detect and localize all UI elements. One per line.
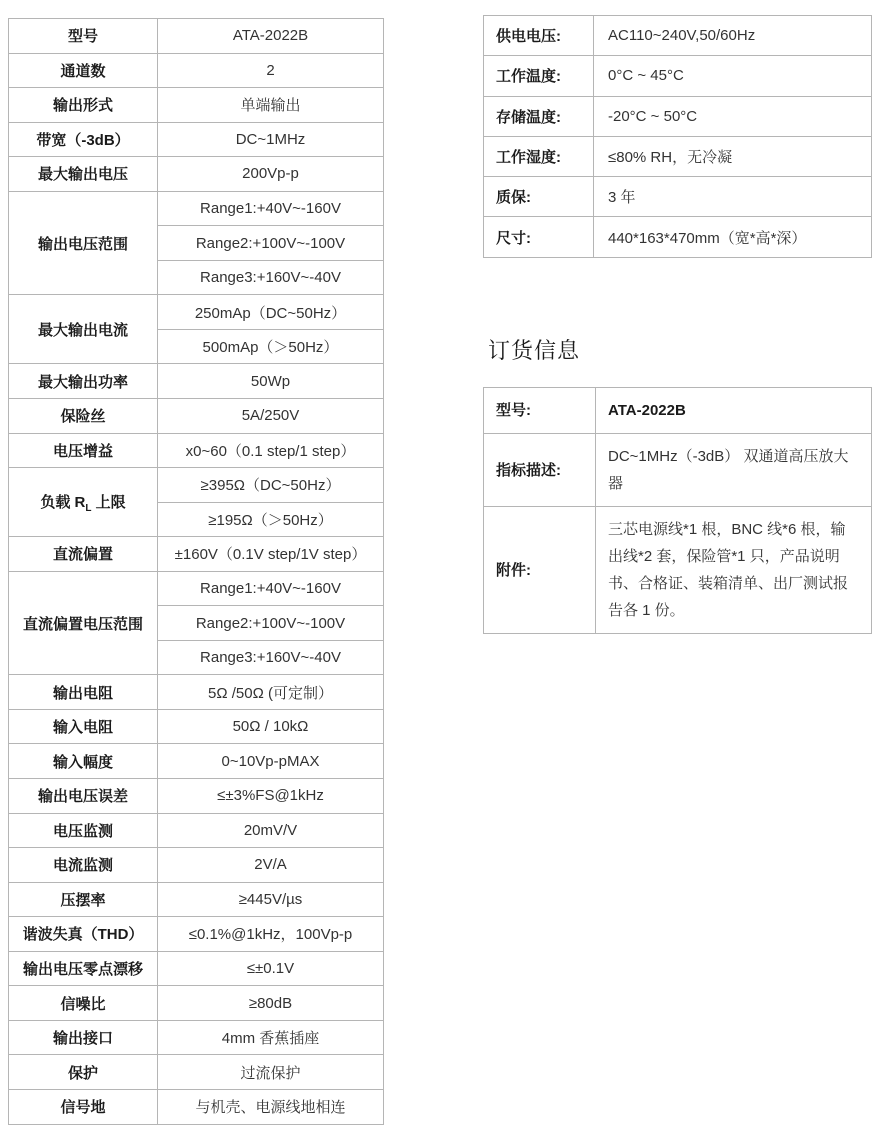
spec-value-cell: ≤±0.1V [158, 951, 384, 986]
environment-value-cell: ≤80% RH，无冷凝 [594, 136, 872, 176]
environment-label-cell: 尺寸: [484, 217, 594, 257]
order-info-table-body: 型号:ATA-2022B指标描述:DC~1MHz（-3dB） 双通道高压放大器附… [484, 388, 872, 634]
order-info-heading: 订货信息 [488, 334, 580, 365]
spec-row: 输出电阻5Ω /50Ω (可定制） [9, 675, 384, 710]
order-info-table: 型号:ATA-2022B指标描述:DC~1MHz（-3dB） 双通道高压放大器附… [483, 387, 872, 634]
spec-label-cell: 电流监测 [9, 848, 158, 883]
order-label-cell: 附件: [484, 507, 596, 634]
spec-value-cell: ±160V（0.1V step/1V step） [158, 537, 384, 572]
spec-row: 谐波失真（THD）≤0.1%@1kHz，100Vp-p [9, 917, 384, 952]
order-value-cell: DC~1MHz（-3dB） 双通道高压放大器 [596, 434, 872, 507]
spec-value-cell: DC~1MHz [158, 122, 384, 157]
spec-label-cell: 电压增益 [9, 433, 158, 468]
spec-value-cell: Range1:+40V~-160V [158, 571, 384, 606]
spec-value-cell: 50Ω / 10kΩ [158, 709, 384, 744]
spec-value-cell: 4mm 香蕉插座 [158, 1020, 384, 1055]
spec-label-cell: 带宽（-3dB） [9, 122, 158, 157]
environment-label-cell: 供电电压: [484, 16, 594, 56]
spec-label-cell: 输出电阻 [9, 675, 158, 710]
spec-row: 输出电压零点漂移≤±0.1V [9, 951, 384, 986]
spec-label-cell: 输出接口 [9, 1020, 158, 1055]
spec-label-cell: 最大输出电压 [9, 157, 158, 192]
spec-value-cell: 250mAp（DC~50Hz） [158, 295, 384, 330]
environment-label-cell: 存储温度: [484, 96, 594, 136]
spec-value-cell: 50Wp [158, 364, 384, 399]
subscript: L [85, 503, 91, 514]
environment-value-cell: AC110~240V,50/60Hz [594, 16, 872, 56]
environment-row: 质保:3 年 [484, 177, 872, 217]
environment-row: 工作湿度:≤80% RH，无冷凝 [484, 136, 872, 176]
spec-value-cell: 过流保护 [158, 1055, 384, 1090]
environment-value-cell: 0°C ~ 45°C [594, 56, 872, 96]
spec-label-cell: 压摆率 [9, 882, 158, 917]
spec-label-cell: 输入电阻 [9, 709, 158, 744]
spec-row: 压摆率≥445V/µs [9, 882, 384, 917]
spec-value-cell: ≤0.1%@1kHz，100Vp-p [158, 917, 384, 952]
environment-label-cell: 工作湿度: [484, 136, 594, 176]
spec-label-cell: 通道数 [9, 53, 158, 88]
spec-value-cell: 5Ω /50Ω (可定制） [158, 675, 384, 710]
spec-label-cell: 负载 RL 上限 [9, 468, 158, 537]
spec-label-cell: 输出电压零点漂移 [9, 951, 158, 986]
environment-row: 存储温度:-20°C ~ 50°C [484, 96, 872, 136]
datasheet-page: { "page": { "background": "#ffffff", "bo… [0, 0, 890, 1135]
spec-value-cell: Range2:+100V~-100V [158, 606, 384, 641]
spec-label-cell: 最大输出电流 [9, 295, 158, 364]
environment-value-cell: 3 年 [594, 177, 872, 217]
spec-value-cell: 2 [158, 53, 384, 88]
environment-row: 供电电压:AC110~240V,50/60Hz [484, 16, 872, 56]
spec-value-cell: ATA-2022B [158, 19, 384, 54]
order-label-cell: 型号: [484, 388, 596, 434]
spec-value-cell: 单端输出 [158, 88, 384, 123]
spec-label-cell: 型号 [9, 19, 158, 54]
spec-label-cell: 信号地 [9, 1089, 158, 1124]
spec-row: 最大输出电压200Vp-p [9, 157, 384, 192]
spec-row: 输出电压范围Range1:+40V~-160V [9, 191, 384, 226]
spec-row: 最大输出电流250mAp（DC~50Hz） [9, 295, 384, 330]
spec-label-cell: 谐波失真（THD） [9, 917, 158, 952]
order-info-row: 附件:三芯电源线*1 根，BNC 线*6 根，输出线*2 套，保险管*1 只，产… [484, 507, 872, 634]
spec-value-cell: 5A/250V [158, 399, 384, 434]
spec-row: 带宽（-3dB）DC~1MHz [9, 122, 384, 157]
spec-label-cell: 信噪比 [9, 986, 158, 1021]
spec-label-cell: 保护 [9, 1055, 158, 1090]
spec-row: 最大输出功率50Wp [9, 364, 384, 399]
spec-value-cell: Range3:+160V~-40V [158, 260, 384, 295]
spec-label-cell: 输入幅度 [9, 744, 158, 779]
spec-label-cell: 输出形式 [9, 88, 158, 123]
environment-label-cell: 质保: [484, 177, 594, 217]
spec-value-cell: Range1:+40V~-160V [158, 191, 384, 226]
spec-row: 输入幅度0~10Vp-pMAX [9, 744, 384, 779]
spec-label-cell: 输出电压误差 [9, 779, 158, 814]
order-info-row: 型号:ATA-2022B [484, 388, 872, 434]
spec-label-cell: 保险丝 [9, 399, 158, 434]
spec-value-cell: 500mAp（＞50Hz） [158, 329, 384, 364]
spec-row: 信噪比≥80dB [9, 986, 384, 1021]
environment-table: 供电电压:AC110~240V,50/60Hz工作温度:0°C ~ 45°C存储… [483, 15, 872, 258]
spec-row: 型号ATA-2022B [9, 19, 384, 54]
spec-table-body: 型号ATA-2022B通道数2输出形式单端输出带宽（-3dB）DC~1MHz最大… [9, 19, 384, 1125]
spec-label-cell: 电压监测 [9, 813, 158, 848]
spec-value-cell: Range3:+160V~-40V [158, 640, 384, 675]
spec-row: 电流监测2V/A [9, 848, 384, 883]
spec-row: 保护过流保护 [9, 1055, 384, 1090]
order-value-cell: 三芯电源线*1 根，BNC 线*6 根，输出线*2 套，保险管*1 只，产品说明… [596, 507, 872, 634]
order-value-cell: ATA-2022B [596, 388, 872, 434]
spec-row: 信号地与机壳、电源线地相连 [9, 1089, 384, 1124]
spec-value-cell: 0~10Vp-pMAX [158, 744, 384, 779]
spec-row: 电压增益x0~60（0.1 step/1 step） [9, 433, 384, 468]
spec-row: 通道数2 [9, 53, 384, 88]
environment-row: 工作温度:0°C ~ 45°C [484, 56, 872, 96]
environment-label-cell: 工作温度: [484, 56, 594, 96]
environment-table-body: 供电电压:AC110~240V,50/60Hz工作温度:0°C ~ 45°C存储… [484, 16, 872, 258]
spec-value-cell: 2V/A [158, 848, 384, 883]
spec-value-cell: 与机壳、电源线地相连 [158, 1089, 384, 1124]
order-label-cell: 指标描述: [484, 434, 596, 507]
spec-value-cell: x0~60（0.1 step/1 step） [158, 433, 384, 468]
spec-row: 输出电压误差≤±3%FS@1kHz [9, 779, 384, 814]
spec-value-cell: ≥395Ω（DC~50Hz） [158, 468, 384, 503]
spec-row: 负载 RL 上限≥395Ω（DC~50Hz） [9, 468, 384, 503]
spec-row: 电压监测20mV/V [9, 813, 384, 848]
spec-label-cell: 最大输出功率 [9, 364, 158, 399]
spec-row: 直流偏置±160V（0.1V step/1V step） [9, 537, 384, 572]
spec-value-cell: ≥445V/µs [158, 882, 384, 917]
spec-row: 保险丝5A/250V [9, 399, 384, 434]
spec-table: 型号ATA-2022B通道数2输出形式单端输出带宽（-3dB）DC~1MHz最大… [8, 18, 384, 1125]
spec-row: 输出形式单端输出 [9, 88, 384, 123]
order-info-row: 指标描述:DC~1MHz（-3dB） 双通道高压放大器 [484, 434, 872, 507]
spec-label-cell: 直流偏置电压范围 [9, 571, 158, 675]
spec-value-cell: ≤±3%FS@1kHz [158, 779, 384, 814]
spec-label-cell: 直流偏置 [9, 537, 158, 572]
environment-value-cell: -20°C ~ 50°C [594, 96, 872, 136]
spec-row: 直流偏置电压范围Range1:+40V~-160V [9, 571, 384, 606]
spec-row: 输出接口4mm 香蕉插座 [9, 1020, 384, 1055]
environment-value-cell: 440*163*470mm（宽*高*深） [594, 217, 872, 257]
spec-row: 输入电阻50Ω / 10kΩ [9, 709, 384, 744]
environment-row: 尺寸:440*163*470mm（宽*高*深） [484, 217, 872, 257]
spec-value-cell: ≥80dB [158, 986, 384, 1021]
spec-value-cell: Range2:+100V~-100V [158, 226, 384, 261]
spec-value-cell: 200Vp-p [158, 157, 384, 192]
spec-label-cell: 输出电压范围 [9, 191, 158, 295]
spec-value-cell: 20mV/V [158, 813, 384, 848]
spec-value-cell: ≥195Ω（＞50Hz） [158, 502, 384, 537]
